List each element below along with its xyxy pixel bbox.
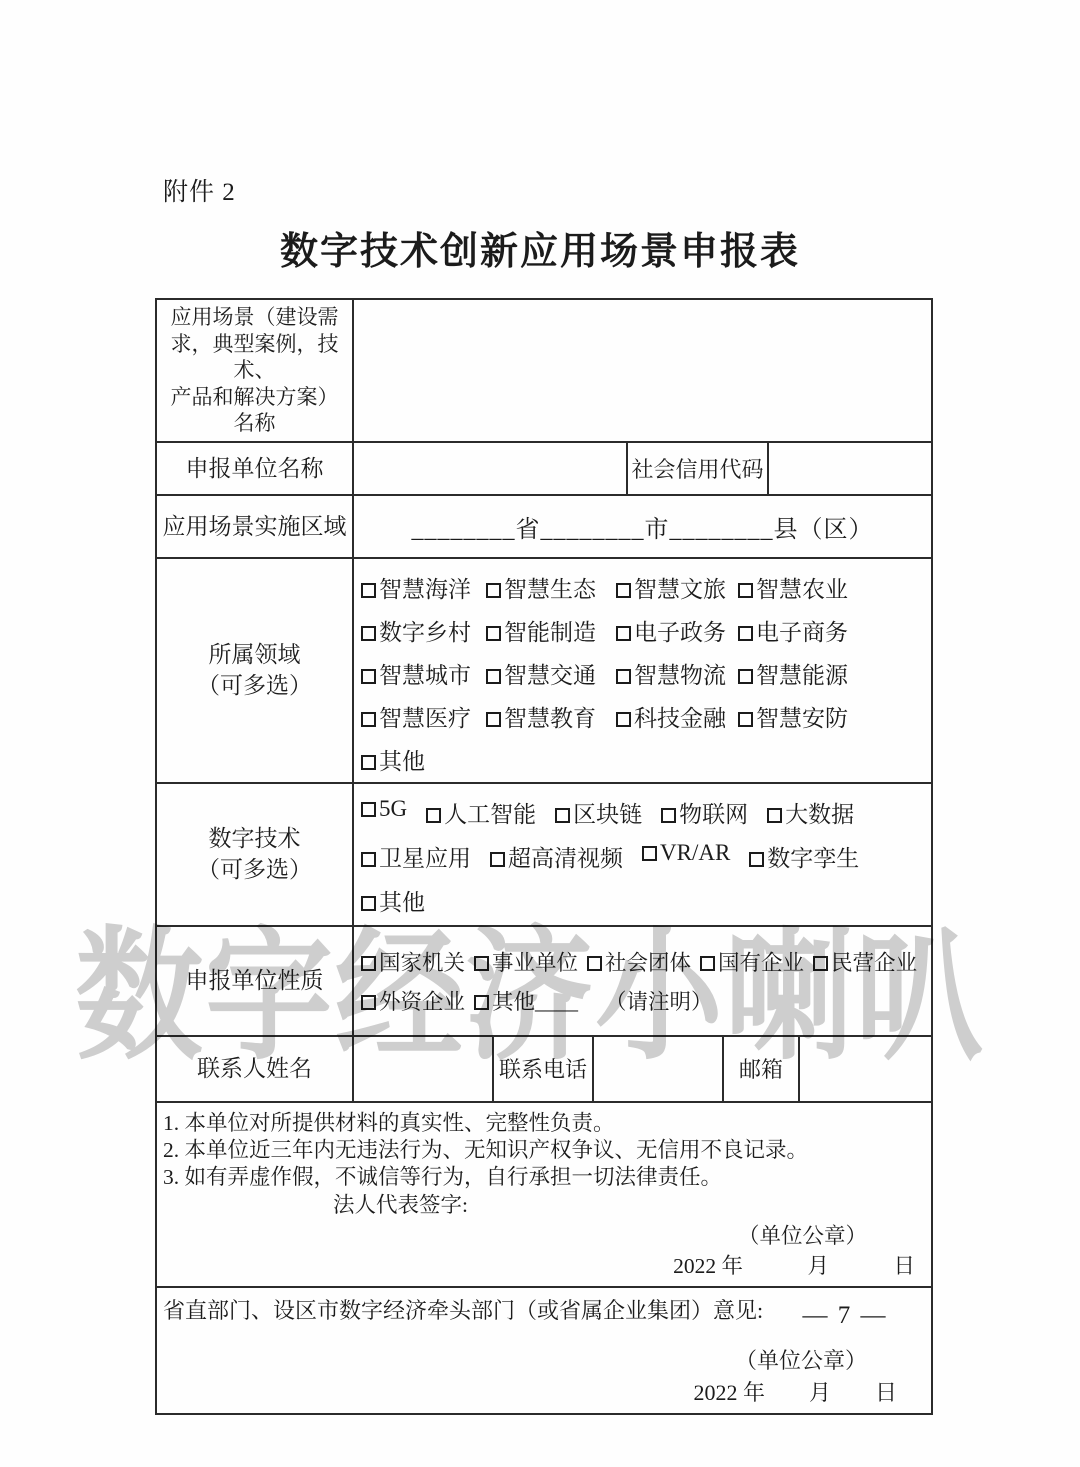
row-scenario-name: 应用场景（建设需 求，典型案例，技术、 产品和解决方案） 名称 [157, 300, 931, 441]
checkbox-icon [361, 669, 376, 684]
nature-option: 国家机关 [361, 946, 465, 977]
field-option: 智慧教育 [486, 700, 596, 733]
checkbox-icon [616, 626, 631, 641]
entity-nature-label: 申报单位性质 [157, 927, 352, 1035]
applicant-name-label: 申报单位名称 [157, 443, 352, 494]
checkbox-icon [361, 712, 376, 727]
option-label: 数字孪生 [767, 846, 859, 871]
entity-nature-options: 国家机关 事业单位 社会团体 国有企业 民营企业 外资企业 其他____ （请注… [352, 927, 931, 1035]
option-label: 民营企业 [831, 951, 917, 975]
option-label: 5G [379, 796, 407, 821]
checkbox-icon [361, 626, 376, 641]
tech-options-line2: 卫星应用 超高清视频 VR/AR 数字孪生 [361, 840, 927, 873]
checkbox-icon [700, 956, 715, 971]
field-option: 智慧医疗 [361, 700, 471, 733]
field-option: 数字乡村 [361, 614, 471, 647]
tech-option: 人工智能 [426, 796, 536, 829]
field-option: 智能制造 [486, 614, 596, 647]
contact-email-label: 邮箱 [722, 1037, 798, 1101]
option-label: 区块链 [573, 802, 642, 827]
option-label: 智慧生态 [504, 577, 596, 602]
option-label: 智能制造 [504, 620, 596, 645]
page-title: 数字技术创新应用场景申报表 [0, 220, 1080, 275]
field-categories-label: 所属领域 （可多选） [157, 559, 352, 782]
field-option: 电子商务 [738, 614, 848, 647]
unit-seal-label: （单位公章） [163, 1223, 923, 1250]
field-option: 智慧安防 [738, 700, 848, 733]
checkbox-icon [426, 808, 441, 823]
option-label: 卫星应用 [379, 846, 471, 871]
field-option: 科技金融 [616, 700, 726, 733]
field-option-other: 其他 [361, 743, 425, 776]
field-option: 智慧交通 [486, 657, 596, 690]
field-option: 智慧物流 [616, 657, 726, 690]
checkbox-icon [767, 808, 782, 823]
checkbox-icon [486, 669, 501, 684]
field-option: 智慧生态 [486, 571, 596, 604]
checkbox-icon [661, 808, 676, 823]
nature-option: 民营企业 [813, 946, 917, 977]
commitment-cell: 1. 本单位对所提供材料的真实性、完整性负责。 2. 本单位近三年内无违法行为、… [157, 1103, 931, 1286]
checkbox-icon [616, 669, 631, 684]
tech-option: 物联网 [661, 796, 748, 829]
option-label: 人工智能 [444, 802, 536, 827]
option-label: 外资企业 [379, 990, 465, 1014]
checkbox-icon [738, 626, 753, 641]
checkbox-icon [486, 626, 501, 641]
tech-option: 5G [361, 796, 407, 829]
attachment-label: 附件 2 [163, 172, 236, 208]
tech-option: 大数据 [767, 796, 854, 829]
tech-options-line1: 5G 人工智能 区块链 物联网 大数据 [361, 796, 927, 829]
option-label: 国家机关 [379, 951, 465, 975]
field-option: 智慧海洋 [361, 571, 471, 604]
checkbox-icon [361, 583, 376, 598]
option-label: 智慧医疗 [379, 706, 471, 731]
option-label: 智慧能源 [756, 663, 848, 688]
row-field-categories: 所属领域 （可多选） 智慧海洋 智慧生态 智慧文旅 智慧农业 数字乡村 智能制造… [157, 557, 931, 782]
checkbox-icon [749, 852, 764, 867]
checkbox-icon [616, 583, 631, 598]
checkbox-icon [361, 956, 376, 971]
page-number: — 7 — [745, 1302, 945, 1330]
row-entity-nature: 申报单位性质 国家机关 事业单位 社会团体 国有企业 民营企业 外资企业 其他_… [157, 925, 931, 1035]
field-option: 智慧文旅 [616, 571, 726, 604]
row-digital-tech: 数字技术 （可多选） 5G 人工智能 区块链 物联网 大数据 卫星应用 超高清视… [157, 782, 931, 925]
commitment-item-3: 3. 如有弄虚作假，不诚信等行为，自行承担一切法律责任。 [163, 1164, 923, 1191]
contact-phone-label: 联系电话 [492, 1037, 592, 1101]
checkbox-icon [486, 712, 501, 727]
nature-options-line2: 外资企业 其他____ （请注明） [361, 985, 929, 1016]
option-label: 国有企业 [718, 951, 804, 975]
option-label: 数字乡村 [379, 620, 471, 645]
checkbox-icon [361, 995, 376, 1010]
tech-option: 数字孪生 [749, 840, 859, 873]
tech-options-line3: 其他 [361, 884, 927, 917]
tech-option: 超高清视频 [490, 840, 623, 873]
nature-option: 社会团体 [587, 946, 691, 977]
nature-option: 外资企业 [361, 985, 465, 1016]
row-contact: 联系人姓名 联系电话 邮箱 [157, 1035, 931, 1101]
option-label: 其他 [379, 890, 425, 915]
field-option: 电子政务 [616, 614, 726, 647]
option-label: 智慧交通 [504, 663, 596, 688]
checkbox-icon [642, 846, 657, 861]
tech-option: 区块链 [555, 796, 642, 829]
tech-option: VR/AR [642, 840, 730, 873]
signature-date-line: 2022 年 月 日 [163, 1253, 923, 1280]
legal-representative-signature-label: 法人代表签字: [333, 1192, 923, 1219]
option-label: 科技金融 [634, 706, 726, 731]
option-label: 大数据 [785, 802, 854, 827]
checkbox-icon [474, 995, 489, 1010]
option-label: VR/AR [660, 840, 730, 865]
scenario-name-value-cell [352, 300, 931, 441]
option-label: 电子商务 [756, 620, 848, 645]
contact-name-label: 联系人姓名 [157, 1037, 352, 1101]
checkbox-icon [555, 808, 570, 823]
commitment-item-1: 1. 本单位对所提供材料的真实性、完整性负责。 [163, 1110, 923, 1137]
option-label: 物联网 [679, 802, 748, 827]
option-label: 事业单位 [492, 951, 578, 975]
option-label: 智慧教育 [504, 706, 596, 731]
field-categories-options: 智慧海洋 智慧生态 智慧文旅 智慧农业 数字乡村 智能制造 电子政务 电子商务 … [352, 559, 931, 782]
checkbox-icon [738, 669, 753, 684]
option-label: 电子政务 [634, 620, 726, 645]
field-option: 智慧农业 [738, 571, 848, 604]
option-label: 其他____ [492, 990, 578, 1014]
nature-options-line1: 国家机关 事业单位 社会团体 国有企业 民营企业 [361, 946, 929, 977]
commitment-item-2: 2. 本单位近三年内无违法行为、无知识产权争议、无信用不良记录。 [163, 1137, 923, 1164]
credit-code-value-cell [767, 443, 931, 494]
please-specify-note: （请注明） [605, 985, 713, 1016]
option-label: 智慧农业 [756, 577, 848, 602]
checkbox-icon [490, 852, 505, 867]
option-label: 智慧文旅 [634, 577, 726, 602]
unit-seal-label: （单位公章） [163, 1347, 923, 1375]
scenario-name-label: 应用场景（建设需 求，典型案例，技术、 产品和解决方案） 名称 [157, 300, 352, 441]
checkbox-icon [738, 583, 753, 598]
checkbox-icon [813, 956, 828, 971]
nature-option: 事业单位 [474, 946, 578, 977]
row-commitment: 1. 本单位对所提供材料的真实性、完整性负责。 2. 本单位近三年内无违法行为、… [157, 1101, 931, 1286]
digital-tech-options: 5G 人工智能 区块链 物联网 大数据 卫星应用 超高清视频 VR/AR 数字孪… [352, 784, 931, 925]
contact-email-value-cell [798, 1037, 931, 1101]
checkbox-icon [361, 896, 376, 911]
application-form-table: 应用场景（建设需 求，典型案例，技术、 产品和解决方案） 名称 申报单位名称 社… [155, 298, 933, 1415]
applicant-name-value-cell [352, 443, 626, 494]
option-label: 智慧城市 [379, 663, 471, 688]
nature-option-other: 其他____ [474, 985, 578, 1016]
checkbox-icon [361, 802, 376, 817]
region-value-cell: ________省________市________县（区） [352, 496, 931, 557]
tech-option-other: 其他 [361, 884, 425, 917]
option-label: 智慧海洋 [379, 577, 471, 602]
contact-phone-value-cell [592, 1037, 722, 1101]
checkbox-icon [587, 956, 602, 971]
option-label: 其他 [379, 749, 425, 774]
nature-option: 国有企业 [700, 946, 804, 977]
field-option: 智慧能源 [738, 657, 848, 690]
field-option: 智慧城市 [361, 657, 471, 690]
row-applicant: 申报单位名称 社会信用代码 [157, 441, 931, 494]
checkbox-icon [361, 852, 376, 867]
opinion-date-line: 2022 年 月 日 [163, 1379, 923, 1407]
option-label: 智慧物流 [634, 663, 726, 688]
row-region: 应用场景实施区域 ________省________市________县（区） [157, 494, 931, 557]
checkbox-icon [738, 712, 753, 727]
credit-code-label: 社会信用代码 [626, 443, 767, 494]
tech-option: 卫星应用 [361, 840, 471, 873]
checkbox-icon [486, 583, 501, 598]
option-label: 智慧安防 [756, 706, 848, 731]
option-label: 社会团体 [605, 951, 691, 975]
checkbox-icon [361, 755, 376, 770]
option-label: 超高清视频 [508, 846, 623, 871]
checkbox-icon [616, 712, 631, 727]
region-label: 应用场景实施区域 [157, 496, 352, 557]
checkbox-icon [474, 956, 489, 971]
digital-tech-label: 数字技术 （可多选） [157, 784, 352, 925]
contact-name-value-cell [352, 1037, 492, 1101]
